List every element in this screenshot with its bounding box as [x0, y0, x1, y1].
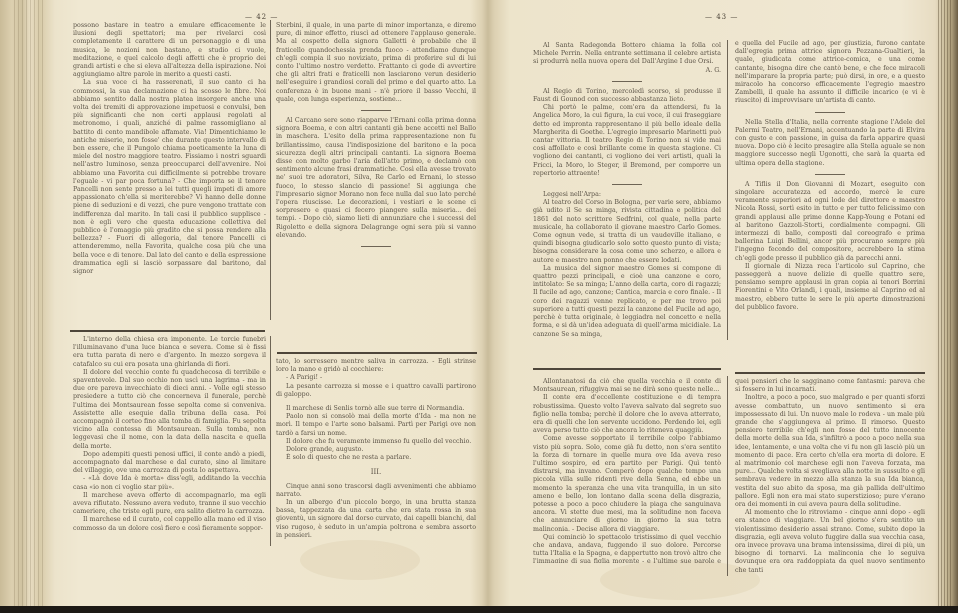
- separator-rule: [612, 81, 642, 82]
- column-divider: [727, 40, 728, 340]
- column-divider: [270, 20, 271, 320]
- paragraph: Come avesse sopportato il terribile colp…: [533, 435, 721, 533]
- separator-rule: [361, 110, 391, 111]
- paragraph: La musica del signor maestro Gomes si co…: [533, 265, 721, 339]
- newspaper-spread: — 42 — possono bastare in teatro a emula…: [0, 0, 958, 606]
- paragraph: In un albergo d'un piccolo borgo, in una…: [276, 499, 476, 540]
- section-rule: [533, 368, 721, 370]
- left-col2-bottom: tato, lo sorressero mentre saliva in car…: [276, 358, 476, 558]
- paragraph: La sua voce ci ha rasserenati, il suo ca…: [73, 79, 266, 276]
- signature: A. G.: [533, 67, 721, 75]
- paragraph: Il marchese aveva offerto di accompagnar…: [73, 492, 266, 517]
- paragraph: quei pensieri che le sagginano come fant…: [735, 378, 925, 394]
- paragraph: Il conte era d'eccellente costituzione e…: [533, 394, 721, 435]
- scan-bottom-edge: [0, 606, 958, 613]
- paragraph: tato, lo sorressero mentre saliva in car…: [276, 358, 476, 374]
- left-page: — 42 — possono bastare in teatro a emula…: [70, 0, 480, 606]
- paragraph: Il giornale di Nizza reca l'articolo sul…: [735, 263, 925, 312]
- paragraph: possono bastare in teatro a emulare effi…: [73, 22, 266, 79]
- paragraph: A Tiflis il Don Giovanni di Mozart, eseg…: [735, 181, 925, 263]
- page-edges-right: [938, 0, 952, 606]
- paragraph: Al Carcano sere sono riapparve l'Ernani …: [276, 117, 476, 240]
- right-col1-top: Al Santa Radegonda Bottero chiama la fol…: [533, 42, 721, 342]
- right-col2-bottom: quei pensieri che le sagginano come fant…: [735, 378, 925, 578]
- page-edges-left: [14, 0, 46, 606]
- paragraph: Sterbini, il quale, in una parte di mino…: [276, 22, 476, 104]
- paragraph: È solo di questo che ne resta a parlare.: [276, 454, 476, 462]
- page-number: — 42 —: [245, 13, 278, 21]
- right-page: — 43 — Al Santa Radegonda Bottero chiama…: [495, 0, 935, 606]
- separator-rule: [815, 174, 845, 175]
- paragraph: Cinque anni sono trascorsi dagli avvenim…: [276, 483, 476, 499]
- paragraph: - «Là dove Ida è morta» diss'egli, addit…: [73, 475, 266, 491]
- right-col1-bottom: Allontanatosi da ciò che quella vecchia …: [533, 378, 721, 563]
- paragraph: L'interno della chiesa era imponente. Le…: [73, 336, 266, 369]
- left-col2-top: Sterbini, il quale, in una parte di mino…: [276, 22, 476, 322]
- separator-rule: [361, 246, 391, 247]
- left-col1-top: possono bastare in teatro a emulare effi…: [73, 22, 266, 322]
- paragraph: Al momento che lo ritroviamo - cinque an…: [735, 509, 925, 575]
- paragraph: Il marchese ed il curato, col cappello a…: [73, 516, 266, 532]
- column-divider: [270, 336, 271, 546]
- section-rule: [735, 372, 925, 374]
- section-rule: [277, 352, 477, 354]
- column-divider: [727, 376, 728, 576]
- paragraph: Il dolore del vecchio conte fu quadcheco…: [73, 369, 266, 451]
- paragraph: Il dolore che fu veramente immenso fu qu…: [276, 438, 476, 446]
- left-col1-bottom: L'interno della chiesa era imponente. Le…: [73, 336, 266, 576]
- paragraph: La pesante carrozza si mosse e i quattro…: [276, 383, 476, 399]
- right-col2-top: e quella del Fucile ad ago, per giustizi…: [735, 40, 925, 340]
- paragraph: Paolo non si consolò mai della morte d'I…: [276, 413, 476, 438]
- paragraph: Chi portò le palme, com'era da attenders…: [533, 104, 721, 178]
- paragraph: - A Parigi! -: [276, 374, 476, 382]
- paragraph: Inoltre, a poco a poco, suo malgrado e p…: [735, 394, 925, 509]
- paragraph: Al teatro del Corso in Bologna, per vari…: [533, 199, 721, 265]
- paragraph: Dolore grande, augusto.: [276, 446, 476, 454]
- paragraph: Allontanatosi da ciò che quella vecchia …: [533, 378, 721, 394]
- page-number: — 43 —: [705, 13, 738, 21]
- paragraph: Qui cominciò lo spettacolo tristissimo d…: [533, 534, 721, 563]
- paragraph: e quella del Fucile ad ago, per giustizi…: [735, 40, 925, 106]
- paragraph: Nella Stella d'Italia, nella corrente st…: [735, 119, 925, 168]
- paragraph: Il marchese di Senlis tornò alle sue ter…: [276, 405, 476, 413]
- paragraph: Al Regio di Torino, mercoledì scorso, si…: [533, 88, 721, 104]
- separator-rule: [612, 184, 642, 185]
- section-heading: III.: [276, 468, 476, 476]
- paragraph: Dopo adempiti questi penosi uffici, il c…: [73, 451, 266, 476]
- paragraph: Al Santa Radegonda Bottero chiama la fol…: [533, 42, 721, 67]
- section-rule: [70, 330, 265, 332]
- separator-rule: [815, 112, 845, 113]
- paragraph: Leggesi nell'Arpa:: [533, 191, 721, 199]
